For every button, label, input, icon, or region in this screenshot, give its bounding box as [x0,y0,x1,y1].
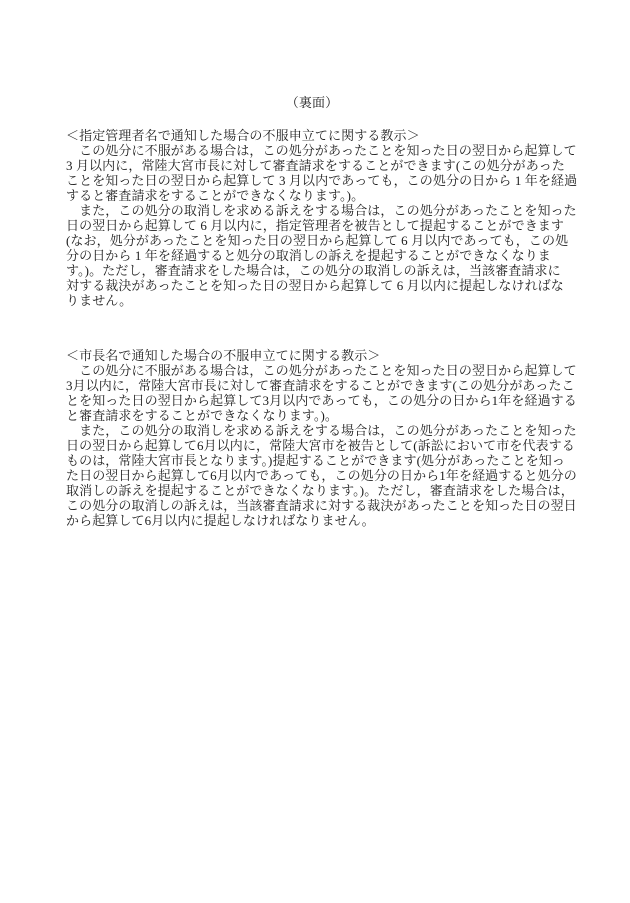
document-page: { "page": { "side_label": "（裏面）" }, "sec… [0,0,630,903]
document-text-block: （裏面） ＜指定管理者名で通知した場合の不服申立てに関する教示＞ この処分に不服… [66,95,558,528]
paragraph-lawsuit-designated-manager: また，この処分の取消しを求める訴えをする場合は，この処分があったことを知った 日… [66,203,558,308]
section-heading-designated-manager: ＜指定管理者名で通知した場合の不服申立てに関する教示＞ [66,128,558,143]
section-mayor-notice: ＜市長名で通知した場合の不服申立てに関する教示＞ この処分に不服がある場合は，こ… [66,348,558,528]
paragraph-review-request-designated-manager: この処分に不服がある場合は，この処分があったことを知った日の翌日から起算して 3… [66,143,558,203]
page-side-label: （裏面） [66,95,558,110]
section-designated-manager-notice: ＜指定管理者名で通知した場合の不服申立てに関する教示＞ この処分に不服がある場合… [66,128,558,308]
paragraph-review-request-mayor: この処分に不服がある場合は，この処分があったことを知った日の翌日から起算して 3… [66,363,558,423]
paragraph-lawsuit-mayor: また，この処分の取消しを求める訴えをする場合は，この処分があったことを知った 日… [66,423,558,528]
section-heading-mayor: ＜市長名で通知した場合の不服申立てに関する教示＞ [66,348,558,363]
